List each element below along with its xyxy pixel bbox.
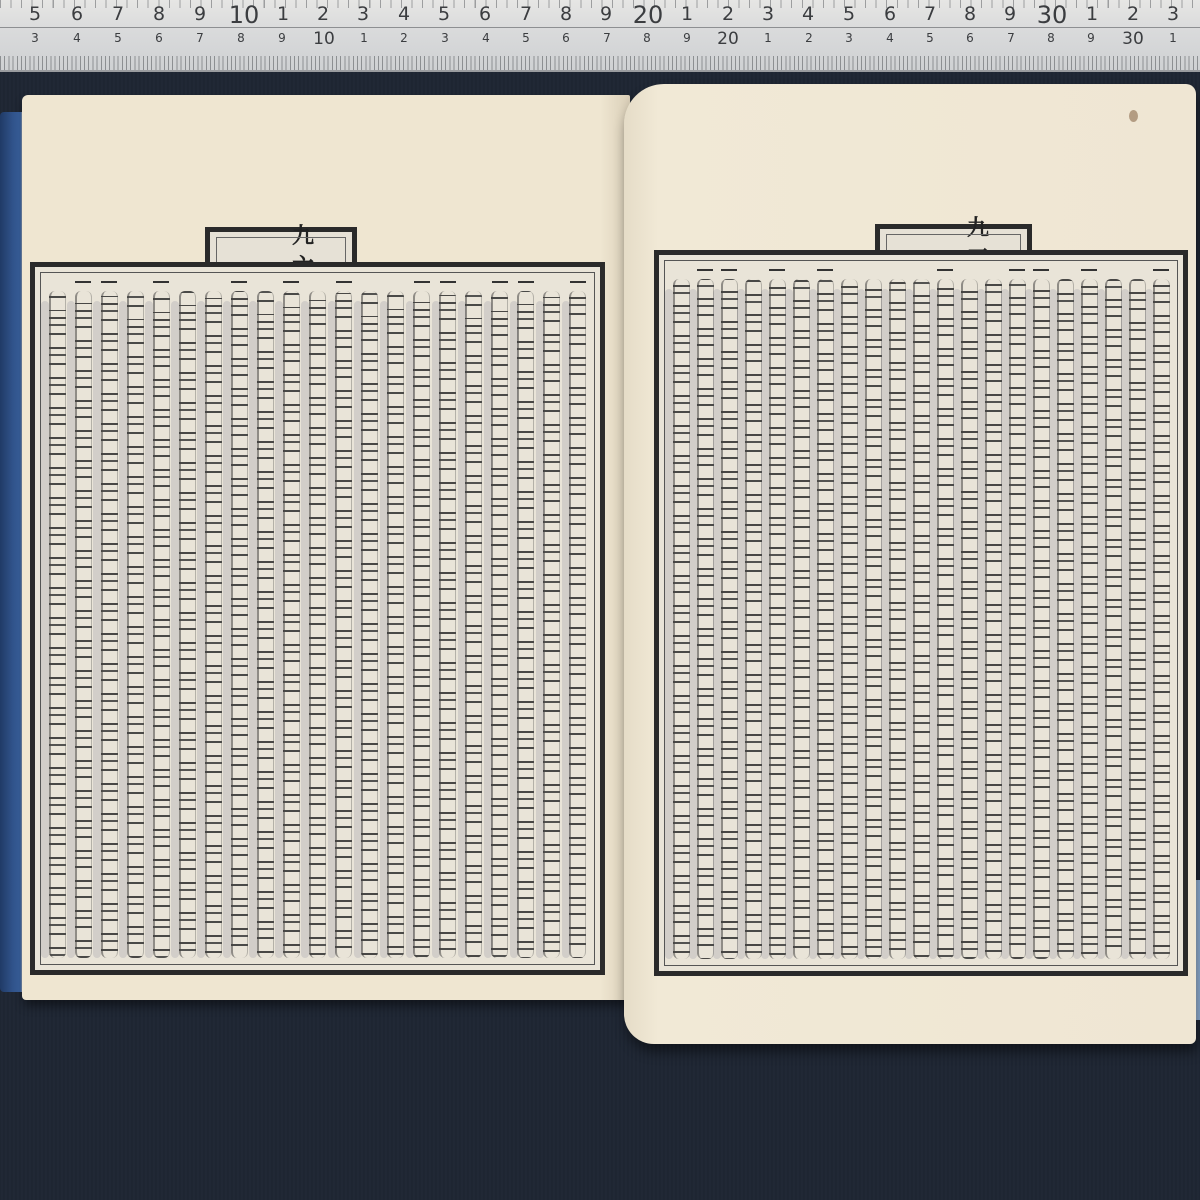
ruler-number: 1 (764, 31, 772, 45)
text-column (490, 281, 510, 958)
show-through-ink (737, 289, 745, 959)
show-through-ink (905, 289, 913, 959)
column-start-mark (745, 269, 761, 271)
text-column (125, 281, 145, 958)
ruler-number: 30 (1037, 1, 1068, 29)
cursive-text-line (127, 291, 144, 958)
show-through-ink (713, 289, 721, 959)
column-start-mark (865, 269, 881, 271)
text-column (815, 269, 835, 959)
ruler-bottom-scale: 34567891012345678920123456789301 (0, 29, 1200, 55)
cursive-text-line (1081, 279, 1098, 959)
cursive-text-line (75, 291, 92, 958)
column-start-mark (231, 281, 247, 283)
text-column (719, 269, 739, 959)
ruler-number: 2 (722, 3, 734, 25)
ruler-number: 5 (114, 31, 122, 45)
text-column (743, 269, 763, 959)
cursive-text-line (465, 291, 482, 958)
show-through-ink (809, 289, 817, 959)
text-column (516, 281, 536, 958)
column-start-mark (817, 269, 833, 271)
ruler-number: 7 (112, 3, 124, 25)
ruler-number: 20 (633, 1, 664, 29)
text-column (1079, 269, 1099, 959)
column-start-mark (1009, 269, 1025, 271)
show-through-ink (145, 301, 153, 958)
text-column (1103, 269, 1123, 959)
text-column (935, 269, 955, 959)
column-start-mark (49, 281, 65, 283)
ruler-top-scale: 56789101234567892012345678930123 (0, 3, 1200, 29)
column-start-mark (769, 269, 785, 271)
text-column (791, 269, 811, 959)
cursive-text-line (817, 279, 834, 959)
column-start-mark (257, 281, 273, 283)
text-column (412, 281, 432, 958)
show-through-ink (41, 301, 49, 958)
ruler-number: 9 (683, 31, 691, 45)
ruler-number: 6 (71, 3, 83, 25)
ruler-number: 5 (843, 3, 855, 25)
cursive-text-line (1129, 279, 1146, 959)
text-column (983, 269, 1003, 959)
ruler-number: 8 (1047, 31, 1055, 45)
cursive-text-line (101, 291, 118, 958)
show-through-ink (833, 289, 841, 959)
cursive-text-line (543, 291, 560, 958)
show-through-ink (881, 289, 889, 959)
ruler-number: 2 (1127, 3, 1139, 25)
text-column (177, 281, 197, 958)
cursive-text-line (841, 279, 858, 959)
column-start-mark (1105, 269, 1121, 271)
show-through-ink (301, 301, 309, 958)
text-columns-right (671, 269, 1171, 959)
cursive-text-line (1057, 279, 1074, 959)
ruler-bottom-ticks (0, 56, 1200, 70)
cursive-text-line (985, 279, 1002, 959)
show-through-ink (328, 301, 336, 958)
cursive-text-line (49, 291, 66, 958)
ruler-number: 10 (313, 29, 335, 49)
ruler-number: 4 (482, 31, 490, 45)
show-through-ink (665, 289, 673, 959)
text-column (568, 281, 588, 958)
column-start-mark (721, 269, 737, 271)
show-through-ink (275, 301, 283, 958)
ruler-number: 4 (886, 31, 894, 45)
text-column (386, 281, 406, 958)
ruler-number: 1 (277, 3, 289, 25)
column-start-mark (913, 269, 929, 271)
text-column (671, 269, 691, 959)
show-through-ink (1049, 289, 1057, 959)
ruler-number: 4 (398, 3, 410, 25)
show-through-ink (1121, 289, 1129, 959)
column-start-mark (127, 281, 143, 283)
show-through-ink (458, 301, 466, 958)
cursive-text-line (1105, 279, 1122, 959)
text-column (73, 281, 93, 958)
show-through-ink (785, 289, 793, 959)
column-start-mark (518, 281, 534, 283)
cursive-text-line (387, 291, 404, 958)
show-through-ink (562, 301, 570, 958)
text-column (307, 281, 327, 958)
column-start-mark (889, 269, 905, 271)
column-start-mark (75, 281, 91, 283)
ruler-number: 6 (966, 31, 974, 45)
column-start-mark (1153, 269, 1169, 271)
ruler-number: 6 (155, 31, 163, 45)
cursive-text-line (205, 291, 222, 958)
text-column (887, 269, 907, 959)
show-through-ink (1073, 289, 1081, 959)
cursive-text-line (439, 291, 456, 958)
show-through-ink (406, 301, 414, 958)
text-column (99, 281, 119, 958)
text-column (1151, 269, 1171, 959)
ruler-number: 9 (600, 3, 612, 25)
cursive-text-line (153, 291, 170, 958)
text-column (767, 269, 787, 959)
ruler-number: 30 (1122, 29, 1144, 49)
ruler-number: 7 (924, 3, 936, 25)
text-column (281, 281, 301, 958)
cursive-text-line (179, 291, 196, 958)
column-start-mark (153, 281, 169, 283)
text-column (959, 269, 979, 959)
text-column (438, 281, 458, 958)
column-start-mark (1129, 269, 1145, 271)
show-through-ink (171, 301, 179, 958)
ruler-number: 3 (845, 31, 853, 45)
ruler-number: 6 (479, 3, 491, 25)
cursive-text-line (865, 279, 882, 959)
text-column (360, 281, 380, 958)
text-column (911, 269, 931, 959)
cursive-text-line (569, 291, 586, 958)
ruler-number: 1 (360, 31, 368, 45)
ruler-number: 9 (1004, 3, 1016, 25)
cursive-text-line (721, 279, 738, 959)
ruler-number: 7 (603, 31, 611, 45)
column-start-mark (1081, 269, 1097, 271)
paper-stain (1129, 110, 1138, 122)
ruler-number: 6 (884, 3, 896, 25)
column-start-mark (673, 269, 689, 271)
cursive-text-line (335, 291, 352, 958)
column-start-mark (283, 281, 299, 283)
ruler-number: 4 (73, 31, 81, 45)
show-through-ink (510, 301, 518, 958)
show-through-ink (432, 301, 440, 958)
text-column (47, 281, 67, 958)
cursive-text-line (1009, 279, 1026, 959)
column-start-mark (440, 281, 456, 283)
ruler-number: 3 (762, 3, 774, 25)
ruler-number: 8 (964, 3, 976, 25)
cursive-text-line (745, 279, 762, 959)
ruler-number: 5 (438, 3, 450, 25)
cursive-text-line (697, 279, 714, 959)
ruler-number: 1 (1169, 31, 1177, 45)
show-through-ink (1025, 289, 1033, 959)
text-frame-left (30, 262, 605, 975)
ruler-number: 9 (1087, 31, 1095, 45)
text-frame-right (654, 250, 1188, 976)
ruler-number: 10 (229, 1, 260, 29)
show-through-ink (1145, 289, 1153, 959)
ruler-number: 8 (643, 31, 651, 45)
ruler-number: 4 (802, 3, 814, 25)
column-start-mark (985, 269, 1001, 271)
show-through-ink (929, 289, 937, 959)
text-column (1031, 269, 1051, 959)
cursive-text-line (793, 279, 810, 959)
cursive-text-line (961, 279, 978, 959)
column-start-mark (388, 281, 404, 283)
column-start-mark (570, 281, 586, 283)
text-column (334, 281, 354, 958)
text-column (863, 269, 883, 959)
cursive-text-line (491, 291, 508, 958)
column-start-mark (101, 281, 117, 283)
cursive-text-line (231, 291, 248, 958)
show-through-ink (249, 301, 257, 958)
column-start-mark (309, 281, 325, 283)
show-through-ink (354, 301, 362, 958)
show-through-ink (1001, 289, 1009, 959)
column-start-mark (961, 269, 977, 271)
column-start-mark (793, 269, 809, 271)
ruler-number: 2 (317, 3, 329, 25)
show-through-ink (197, 301, 205, 958)
text-column (1007, 269, 1027, 959)
text-column (151, 281, 171, 958)
text-column (255, 281, 275, 958)
ruler-number: 7 (1007, 31, 1015, 45)
cursive-text-line (361, 291, 378, 958)
column-start-mark (1033, 269, 1049, 271)
ruler-number: 3 (441, 31, 449, 45)
text-column (1127, 269, 1147, 959)
ruler-number: 1 (681, 3, 693, 25)
cursive-text-line (673, 279, 690, 959)
ruler-number: 3 (31, 31, 39, 45)
cursive-text-line (913, 279, 930, 959)
column-start-mark (841, 269, 857, 271)
show-through-ink (223, 301, 231, 958)
show-through-ink (484, 301, 492, 958)
measuring-ruler: 56789101234567892012345678930123 3456789… (0, 0, 1200, 72)
show-through-ink (977, 289, 985, 959)
show-through-ink (761, 289, 769, 959)
cursive-text-line (257, 291, 274, 958)
column-start-mark (414, 281, 430, 283)
show-through-ink (380, 301, 388, 958)
column-start-mark (544, 281, 560, 283)
column-start-mark (205, 281, 221, 283)
ruler-number: 8 (560, 3, 572, 25)
show-through-ink (119, 301, 127, 958)
ruler-number: 6 (562, 31, 570, 45)
show-through-ink (536, 301, 544, 958)
page-number-tab-left: 九六 (205, 227, 357, 267)
text-columns-left (47, 281, 588, 958)
ruler-number: 8 (153, 3, 165, 25)
text-column (229, 281, 249, 958)
show-through-ink (953, 289, 961, 959)
column-start-mark (466, 281, 482, 283)
text-column (542, 281, 562, 958)
text-column (1055, 269, 1075, 959)
ruler-number: 9 (278, 31, 286, 45)
ruler-number: 5 (522, 31, 530, 45)
column-start-mark (1057, 269, 1073, 271)
ruler-number: 3 (1167, 3, 1179, 25)
ruler-number: 3 (357, 3, 369, 25)
ruler-number: 8 (237, 31, 245, 45)
cursive-text-line (309, 291, 326, 958)
column-start-mark (492, 281, 508, 283)
cursive-text-line (1033, 279, 1050, 959)
ruler-number: 2 (400, 31, 408, 45)
column-start-mark (336, 281, 352, 283)
column-start-mark (937, 269, 953, 271)
cursive-text-line (517, 291, 534, 958)
cursive-text-line (937, 279, 954, 959)
cursive-text-line (769, 279, 786, 959)
ruler-number: 2 (805, 31, 813, 45)
text-column (839, 269, 859, 959)
ruler-number: 1 (1086, 3, 1098, 25)
column-start-mark (697, 269, 713, 271)
ruler-number: 5 (29, 3, 41, 25)
text-column (695, 269, 715, 959)
ruler-number: 5 (926, 31, 934, 45)
ruler-number: 9 (194, 3, 206, 25)
right-page: 九五 (624, 84, 1196, 1044)
cursive-text-line (1153, 279, 1170, 959)
left-page: 九六 (22, 95, 630, 1000)
show-through-ink (93, 301, 101, 958)
column-start-mark (179, 281, 195, 283)
show-through-ink (689, 289, 697, 959)
column-start-mark (362, 281, 378, 283)
text-column (203, 281, 223, 958)
ruler-number: 20 (717, 29, 739, 49)
cursive-text-line (413, 291, 430, 958)
ruler-number: 7 (520, 3, 532, 25)
text-column (464, 281, 484, 958)
show-through-ink (67, 301, 75, 958)
ruler-number: 7 (196, 31, 204, 45)
show-through-ink (1097, 289, 1105, 959)
cursive-text-line (889, 279, 906, 959)
show-through-ink (857, 289, 865, 959)
cursive-text-line (283, 291, 300, 958)
